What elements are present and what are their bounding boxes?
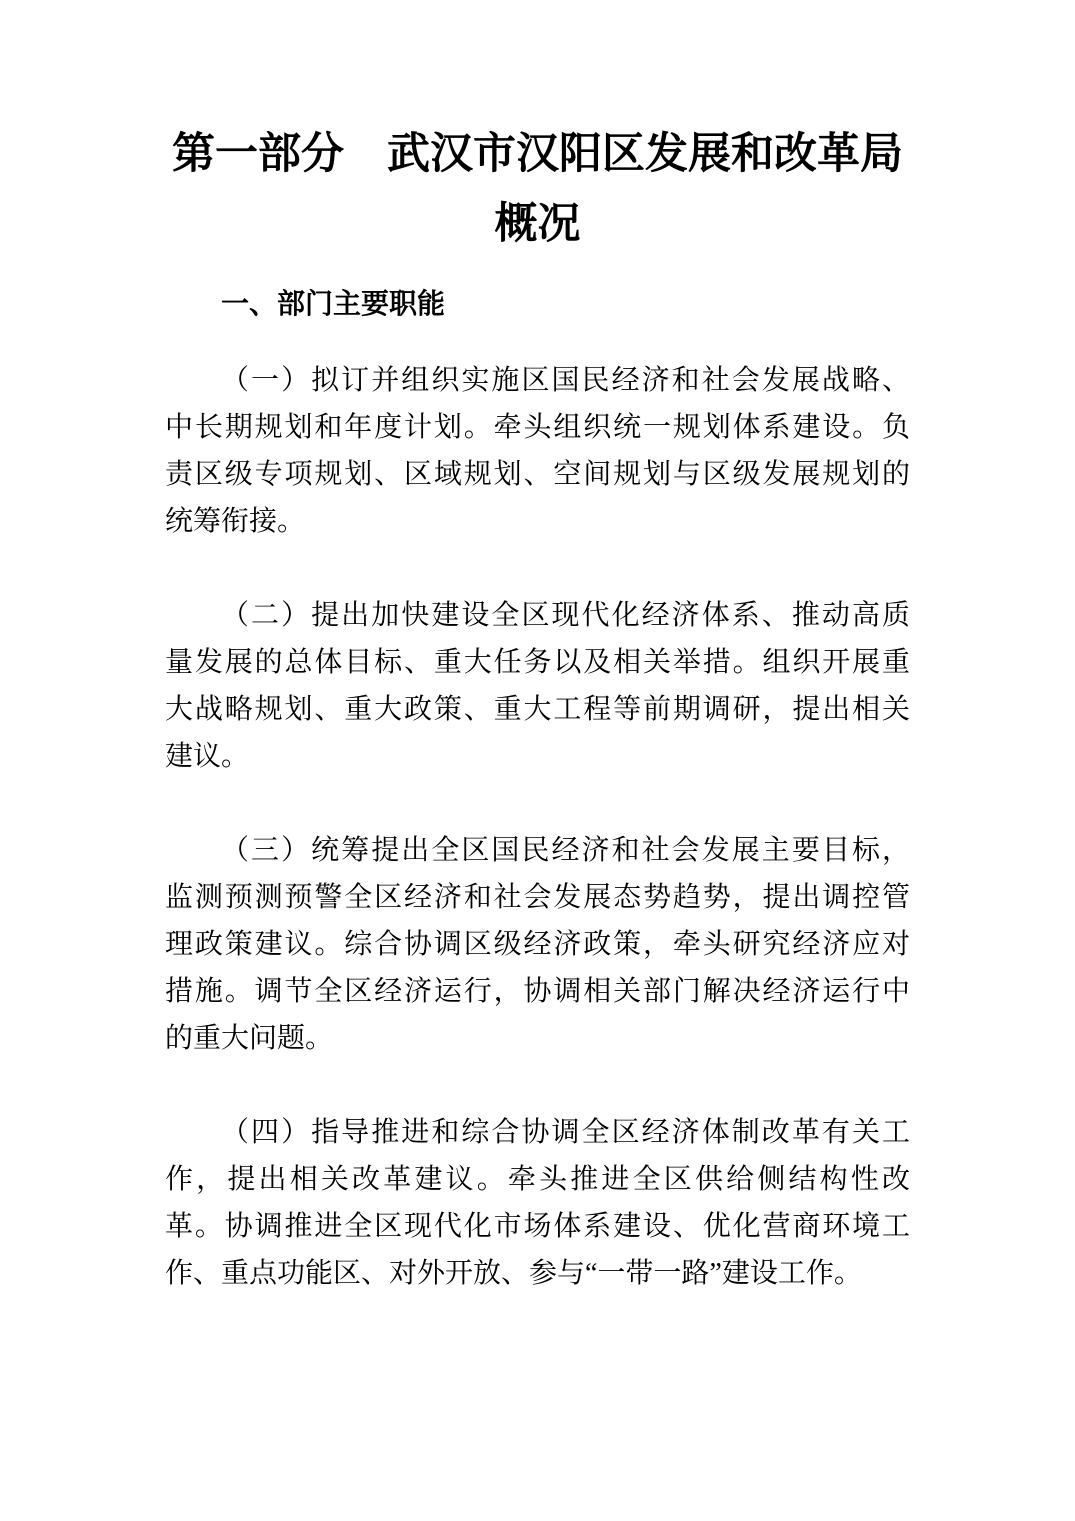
text-line: （一）拟订并组织实施区国民经济和社会发展战略、	[165, 357, 910, 404]
document-title-line-2: 概况	[165, 190, 910, 260]
document-title: 第一部分 武汉市汉阳区发展和改革局 概况	[165, 120, 910, 260]
paragraph-3: （三）统筹提出全区国民经济和社会发展主要目标， 监测预测预警全区经济和社会发展态…	[165, 827, 910, 1062]
paragraph-4: （四）指导推进和综合协调全区经济体制改革有关工 作，提出相关改革建议。牵头推进全…	[165, 1109, 910, 1297]
text-line: 量发展的总体目标、重大任务以及相关举措。组织开展重	[165, 639, 910, 686]
text-line: （四）指导推进和综合协调全区经济体制改革有关工	[165, 1109, 910, 1156]
text-line: 作、重点功能区、对外开放、参与“一带一路”建设工作。	[165, 1250, 910, 1297]
text-line: （二）提出加快建设全区现代化经济体系、推动高质	[165, 592, 910, 639]
text-line: 措施。调节全区经济运行，协调相关部门解决经济运行中	[165, 968, 910, 1015]
text-line: 作，提出相关改革建议。牵头推进全区供给侧结构性改	[165, 1156, 910, 1203]
paragraph-2: （二）提出加快建设全区现代化经济体系、推动高质 量发展的总体目标、重大任务以及相…	[165, 592, 910, 780]
paragraph-1: （一）拟订并组织实施区国民经济和社会发展战略、 中长期规划和年度计划。牵头组织统…	[165, 357, 910, 545]
text-line: 建议。	[165, 733, 910, 780]
text-line: 大战略规划、重大政策、重大工程等前期调研，提出相关	[165, 686, 910, 733]
text-line: 中长期规划和年度计划。牵头组织统一规划体系建设。负	[165, 404, 910, 451]
text-line: 统筹衔接。	[165, 498, 910, 545]
text-line: 责区级专项规划、区域规划、空间规划与区级发展规划的	[165, 451, 910, 498]
document-page: 第一部分 武汉市汉阳区发展和改革局 概况 一、部门主要职能 （一）拟订并组织实施…	[0, 0, 1075, 1521]
text-line: 革。协调推进全区现代化市场体系建设、优化营商环境工	[165, 1203, 910, 1250]
section-heading: 一、部门主要职能	[165, 280, 910, 327]
text-line: 监测预测预警全区经济和社会发展态势趋势，提出调控管	[165, 874, 910, 921]
text-line: （三）统筹提出全区国民经济和社会发展主要目标，	[165, 827, 910, 874]
text-line: 的重大问题。	[165, 1015, 910, 1062]
document-title-line-1: 第一部分 武汉市汉阳区发展和改革局	[165, 120, 910, 190]
text-line: 理政策建议。综合协调区级经济政策，牵头研究经济应对	[165, 921, 910, 968]
